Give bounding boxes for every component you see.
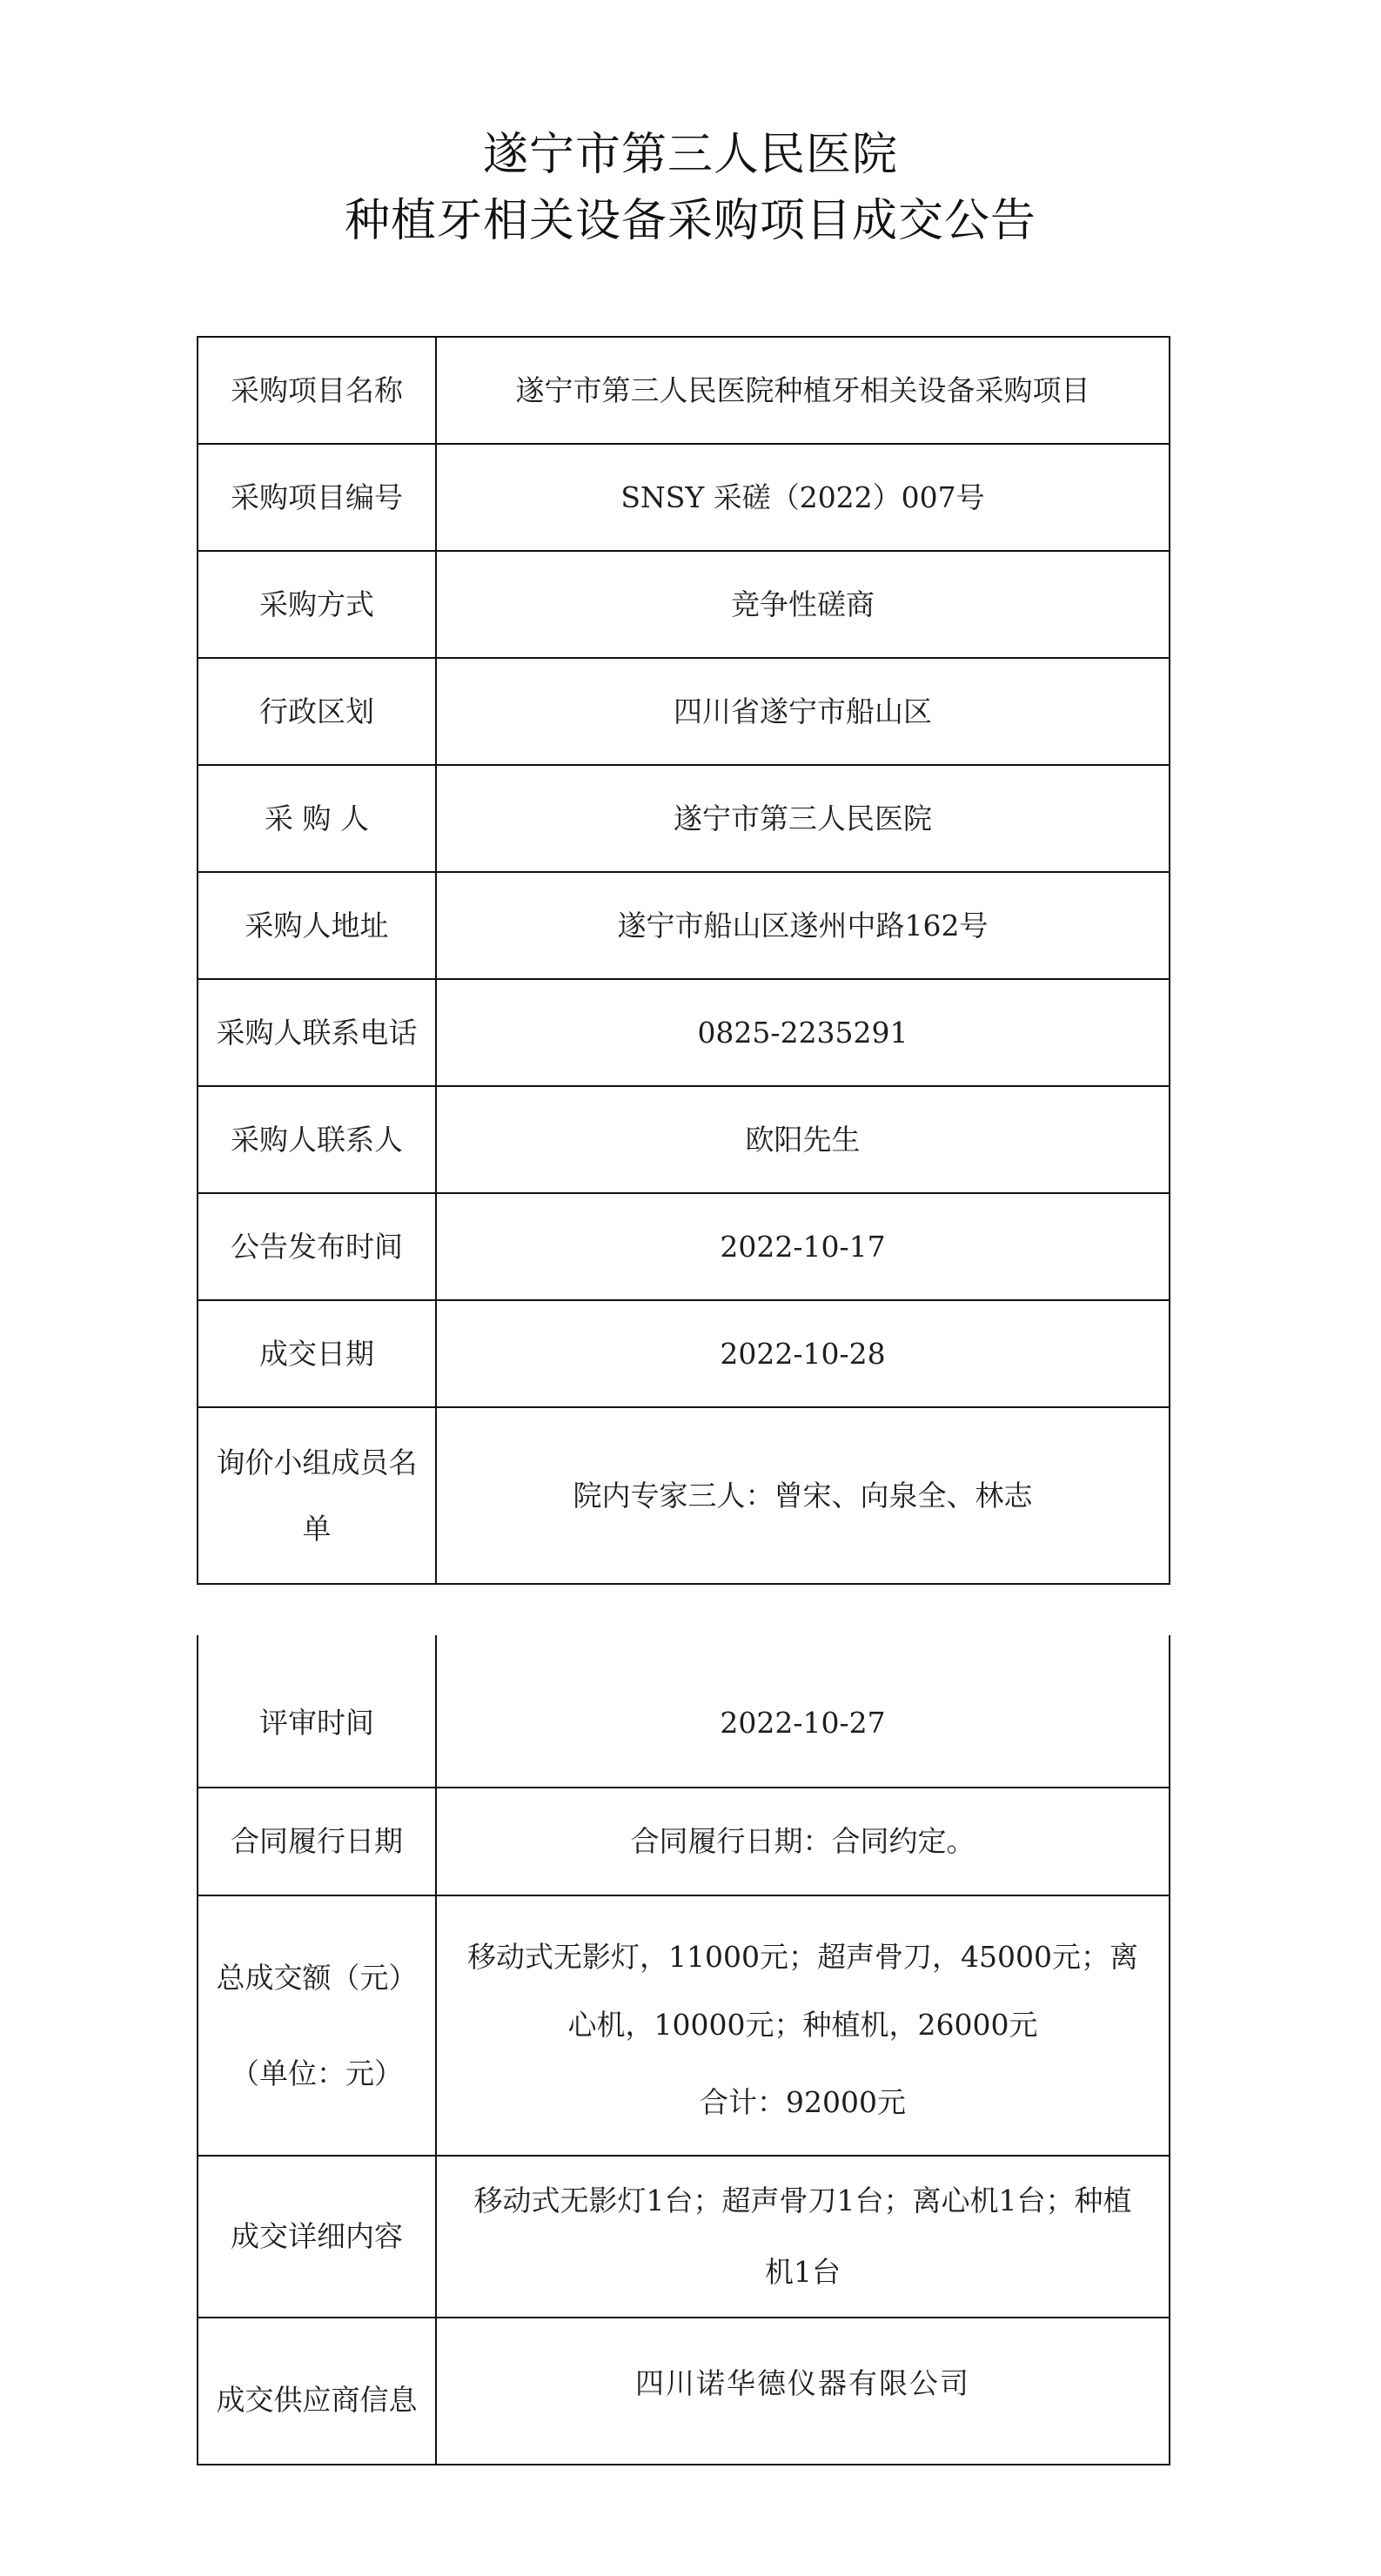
row-label: 采购人联系电话: [198, 979, 436, 1086]
table-row: 总成交额（元） （单位：元） 移动式无影灯，11000元；超声骨刀，45000元…: [198, 1895, 1170, 2156]
row-label: 采购项目编号: [198, 444, 436, 551]
row-value: 移动式无影灯，11000元；超声骨刀，45000元；离 心机，10000元；种植…: [436, 1895, 1170, 2156]
table-row: 合同履行日期 合同履行日期：合同约定。: [198, 1788, 1170, 1895]
amount-label-line1: 总成交额（元）: [198, 1952, 435, 2004]
row-value: 遂宁市第三人民医院: [436, 765, 1170, 872]
row-label: 采购人地址: [198, 872, 436, 979]
row-label-line2: 单: [198, 1496, 435, 1562]
row-label: 成交详细内容: [198, 2156, 436, 2318]
row-value: SNSY 采磋（2022）007号: [436, 444, 1170, 551]
row-value: 2022-10-17: [436, 1193, 1170, 1300]
announcement-table-part1: 采购项目名称 遂宁市第三人民医院种植牙相关设备采购项目 采购项目编号 SNSY …: [197, 336, 1170, 1585]
table-row: 采购方式 竞争性磋商: [198, 551, 1170, 658]
row-label: 总成交额（元） （单位：元）: [198, 1895, 436, 2156]
table-row: 成交日期 2022-10-28: [198, 1300, 1170, 1407]
table-row: 公告发布时间 2022-10-17: [198, 1193, 1170, 1300]
row-label: 行政区划: [198, 658, 436, 765]
row-label: 成交日期: [198, 1300, 436, 1407]
row-label: 采 购 人: [198, 765, 436, 872]
row-value: 遂宁市第三人民医院种植牙相关设备采购项目: [436, 337, 1170, 444]
row-value: 欧阳先生: [436, 1086, 1170, 1193]
announcement-table-part2: 评审时间 2022-10-27 合同履行日期 合同履行日期：合同约定。 总成交额…: [197, 1635, 1170, 2465]
detail-value-line1: 移动式无影灯1台；超声骨刀1台；离心机1台；种植: [442, 2165, 1163, 2237]
table-row: 采购人联系电话 0825-2235291: [198, 979, 1170, 1086]
row-value: 四川诺华德仪器有限公司: [436, 2318, 1170, 2465]
row-value: 竞争性磋商: [436, 551, 1170, 658]
row-label: 公告发布时间: [198, 1193, 436, 1300]
table-row: 采 购 人 遂宁市第三人民医院: [198, 765, 1170, 872]
amount-label-line2: （单位：元）: [198, 2048, 435, 2100]
row-label-line1: 询价小组成员名: [198, 1430, 435, 1496]
table-row: 采购项目编号 SNSY 采磋（2022）007号: [198, 444, 1170, 551]
row-label: 合同履行日期: [198, 1788, 436, 1895]
row-label: 采购人联系人: [198, 1086, 436, 1193]
row-value: 0825-2235291: [436, 979, 1170, 1086]
amount-total: 合计：92000元: [442, 2076, 1163, 2129]
table-row: 评审时间 2022-10-27: [198, 1635, 1170, 1788]
detail-value-line2: 机1台: [442, 2237, 1163, 2308]
row-value: 院内专家三人：曾宋、向泉全、林志: [436, 1407, 1170, 1584]
row-value: 移动式无影灯1台；超声骨刀1台；离心机1台；种植 机1台: [436, 2156, 1170, 2318]
table-row: 行政区划 四川省遂宁市船山区: [198, 658, 1170, 765]
row-label: 采购方式: [198, 551, 436, 658]
document-title-line1: 遂宁市第三人民医院: [0, 127, 1381, 183]
table-row: 询价小组成员名 单 院内专家三人：曾宋、向泉全、林志: [198, 1407, 1170, 1584]
row-label: 评审时间: [198, 1635, 436, 1788]
row-value: 合同履行日期：合同约定。: [436, 1788, 1170, 1895]
row-value: 遂宁市船山区遂州中路162号: [436, 872, 1170, 979]
row-label: 成交供应商信息: [198, 2318, 436, 2465]
row-value: 2022-10-28: [436, 1300, 1170, 1407]
amount-value-line2: 心机，10000元；种植机，26000元: [442, 1991, 1163, 2059]
row-value: 2022-10-27: [436, 1635, 1170, 1788]
table-row: 采购人地址 遂宁市船山区遂州中路162号: [198, 872, 1170, 979]
table-row: 采购项目名称 遂宁市第三人民医院种植牙相关设备采购项目: [198, 337, 1170, 444]
document-title-line2: 种植牙相关设备采购项目成交公告: [0, 193, 1381, 249]
table-row: 成交详细内容 移动式无影灯1台；超声骨刀1台；离心机1台；种植 机1台: [198, 2156, 1170, 2318]
table-row: 采购人联系人 欧阳先生: [198, 1086, 1170, 1193]
amount-value-line1: 移动式无影灯，11000元；超声骨刀，45000元；离: [442, 1923, 1163, 1991]
row-label: 采购项目名称: [198, 337, 436, 444]
table-row: 成交供应商信息 四川诺华德仪器有限公司: [198, 2318, 1170, 2465]
row-value: 四川省遂宁市船山区: [436, 658, 1170, 765]
row-label: 询价小组成员名 单: [198, 1407, 436, 1584]
